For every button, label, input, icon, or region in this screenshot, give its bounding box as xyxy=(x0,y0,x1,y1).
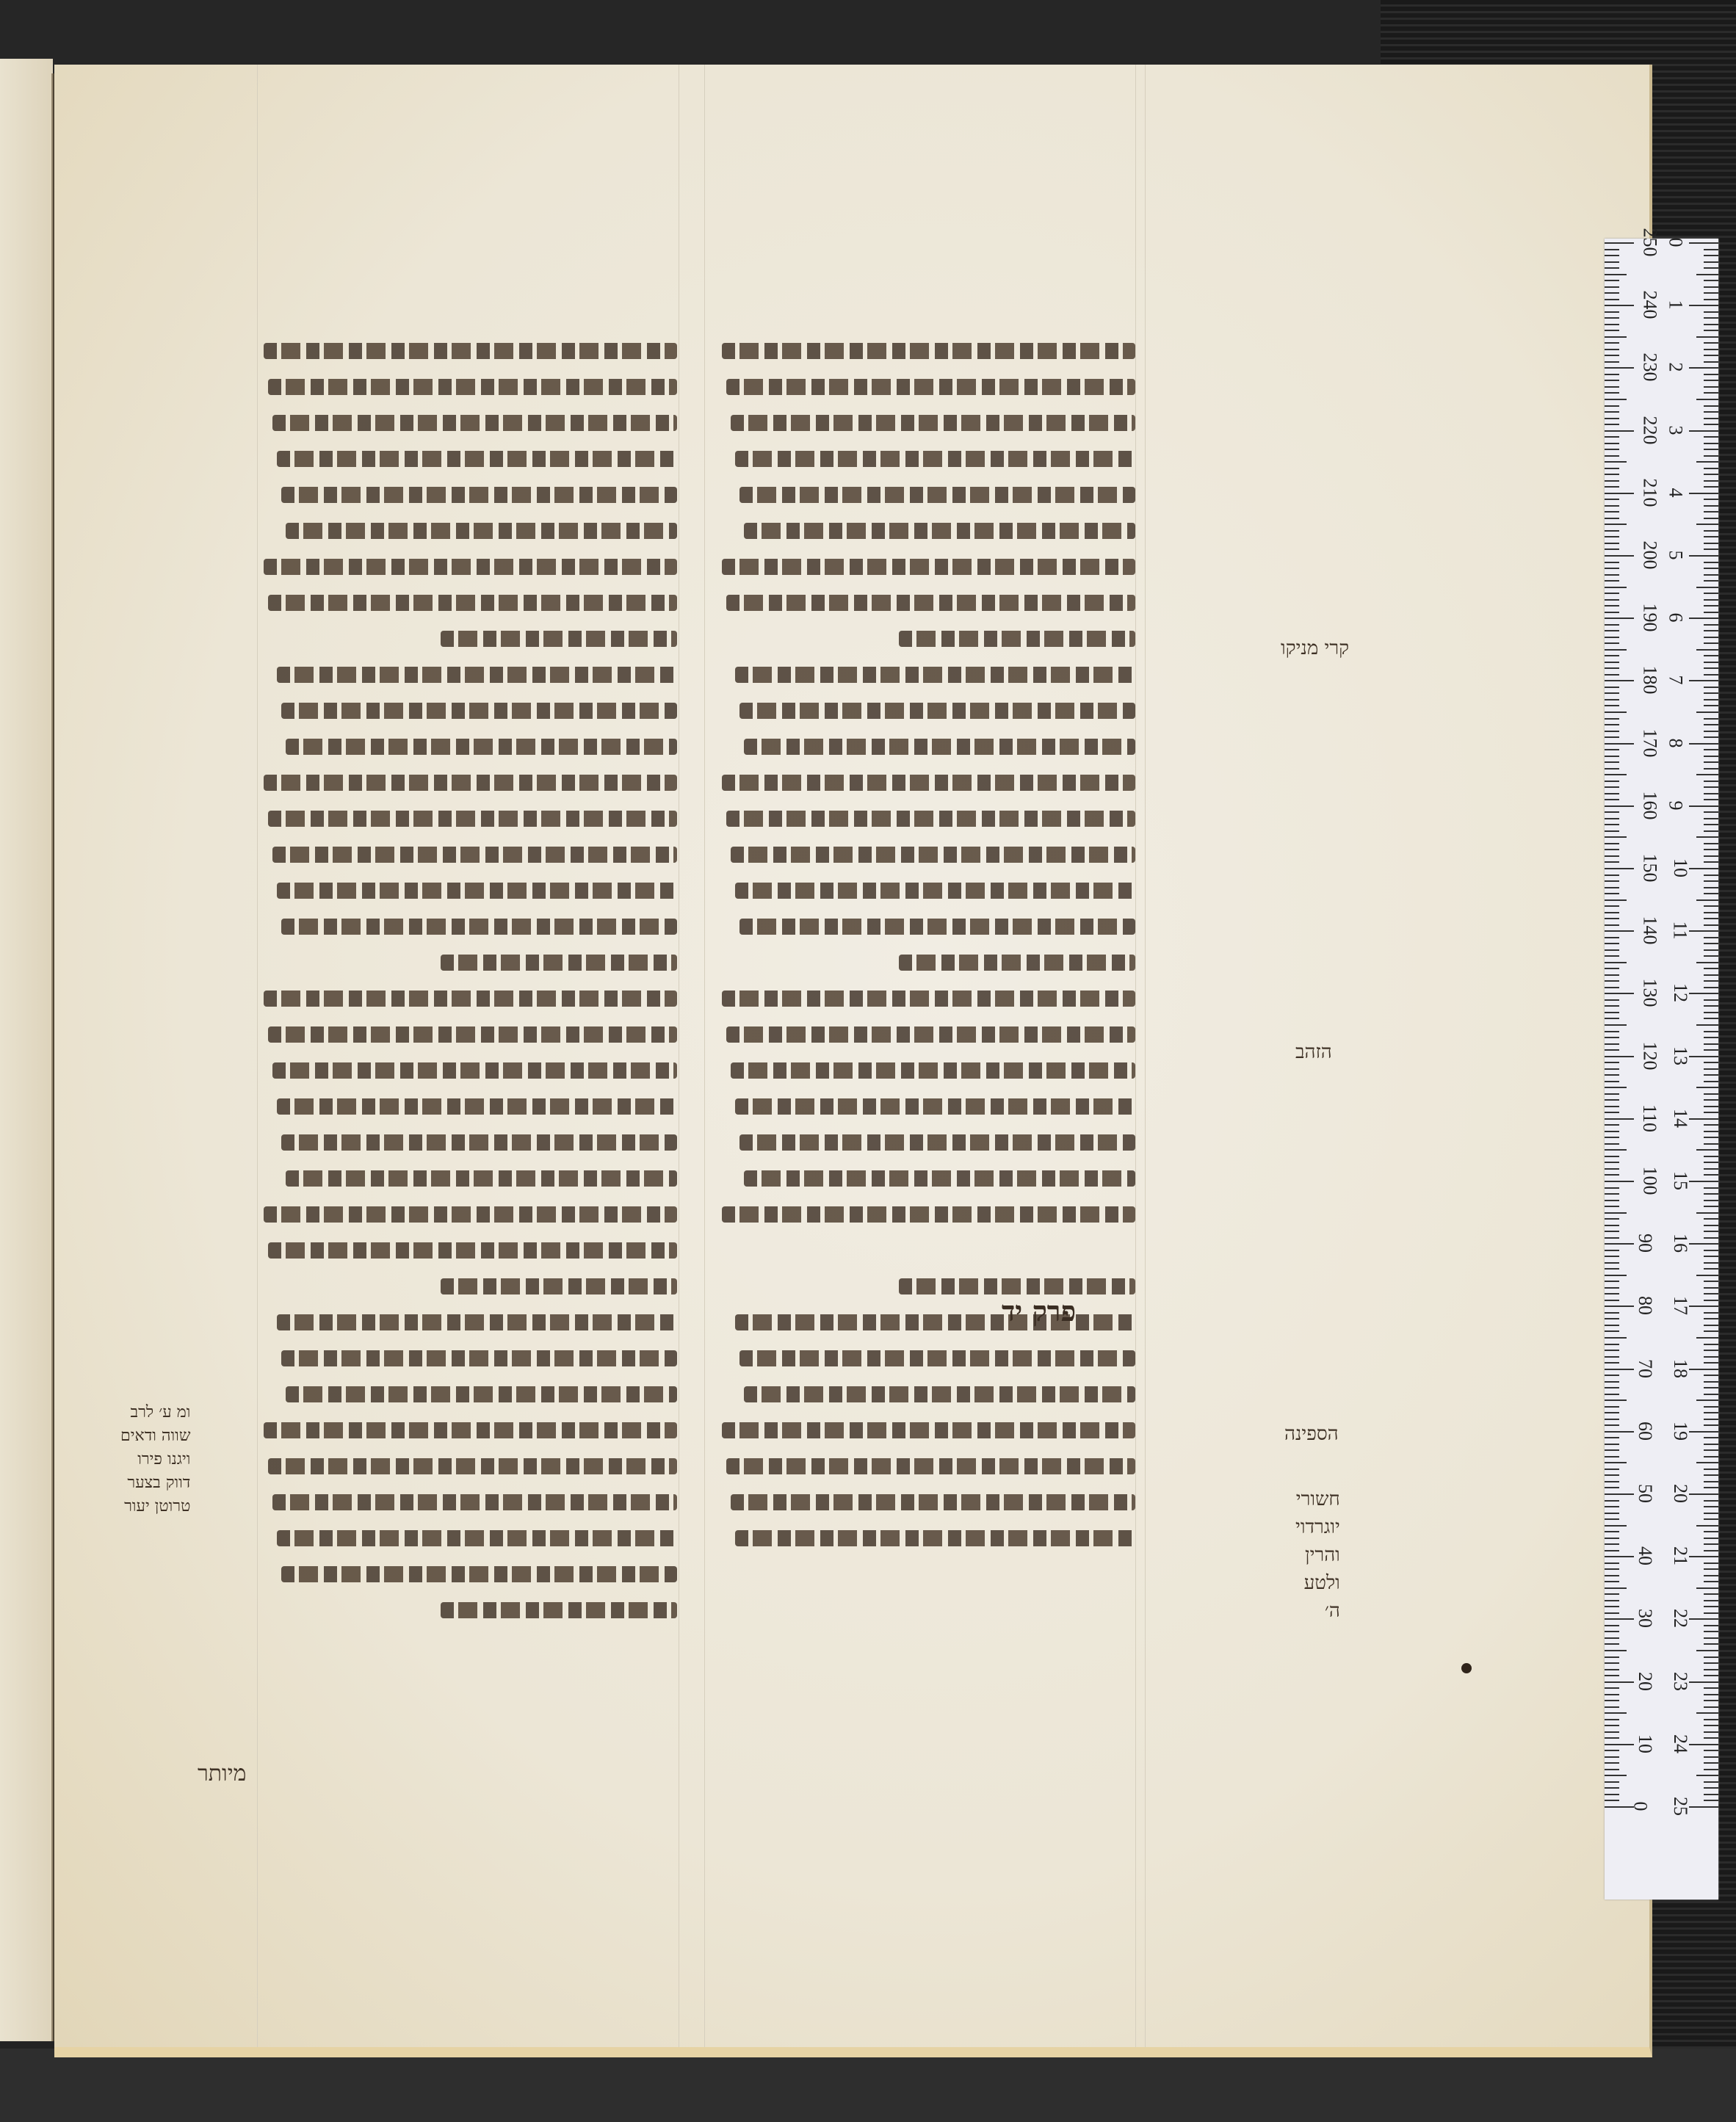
ruler-tick xyxy=(1689,1493,1718,1495)
ruler-tick xyxy=(1696,1712,1718,1714)
ruler-tick xyxy=(1689,367,1718,369)
text-line xyxy=(705,513,1135,548)
ruler-tick xyxy=(1605,1225,1619,1226)
ruler-tick xyxy=(1696,899,1718,901)
handwritten-text xyxy=(731,1062,1135,1079)
ruler-tick xyxy=(1605,474,1619,475)
handwritten-text xyxy=(726,1026,1135,1043)
ruler-tick xyxy=(1696,1087,1718,1088)
handwritten-text xyxy=(281,1350,677,1366)
text-line xyxy=(247,908,677,944)
text-line xyxy=(705,1196,1135,1232)
ruler-tick xyxy=(1689,493,1718,494)
ruler-tick xyxy=(1704,518,1718,519)
ruler-tick xyxy=(1605,1168,1619,1170)
ruler-tick xyxy=(1696,274,1718,275)
handwritten-text xyxy=(281,919,677,935)
handwritten-text xyxy=(264,775,677,791)
ruler-tick xyxy=(1605,874,1619,876)
ruler-cm-label: 7 xyxy=(1665,676,1687,685)
ruler-tick xyxy=(1704,392,1718,394)
ruler-tick xyxy=(1605,1687,1619,1689)
ruler-tick xyxy=(1605,1643,1619,1645)
handwritten-text xyxy=(277,1530,677,1546)
text-line xyxy=(705,1052,1135,1088)
ruler-mm-label: 10 xyxy=(1634,1734,1656,1753)
ruler-tick xyxy=(1605,861,1619,863)
text-line xyxy=(705,405,1135,441)
ruler-tick xyxy=(1605,1381,1619,1383)
ruler-mm-label: 220 xyxy=(1639,416,1661,444)
handwritten-text xyxy=(286,1170,677,1187)
handwritten-text xyxy=(735,451,1135,467)
handwritten-text xyxy=(722,559,1135,575)
ruler-tick xyxy=(1605,1056,1634,1057)
ruler-tick xyxy=(1704,1700,1718,1701)
ruler-tick xyxy=(1605,674,1619,676)
text-line xyxy=(705,333,1135,369)
ruler-tick xyxy=(1704,880,1718,882)
ruler-tick xyxy=(1704,1575,1718,1576)
measurement-ruler: 0123456789101112131415161718192021222324… xyxy=(1605,239,1718,1900)
ruler-tick xyxy=(1704,768,1718,770)
ruler-cm-label: 13 xyxy=(1669,1046,1691,1065)
ruler-tick xyxy=(1605,749,1619,750)
text-line xyxy=(705,1448,1135,1484)
handwritten-text xyxy=(277,451,677,467)
ruler-tick xyxy=(1605,1093,1619,1095)
handwritten-text xyxy=(726,1458,1135,1474)
ruler-tick xyxy=(1605,930,1634,932)
ruler-cm-label: 11 xyxy=(1669,921,1691,940)
ruler-tick xyxy=(1704,1612,1718,1614)
ruler-tick xyxy=(1605,655,1619,656)
ruler-tick xyxy=(1605,593,1619,594)
text-line xyxy=(705,1340,1135,1376)
ruler-mm-label: 50 xyxy=(1634,1484,1656,1503)
ruler-tick xyxy=(1704,455,1718,457)
ruler-tick xyxy=(1605,918,1619,919)
ruler-tick xyxy=(1689,242,1718,244)
ruler-tick xyxy=(1696,711,1718,713)
ruler-cm-label: 19 xyxy=(1669,1422,1691,1441)
ruler-tick xyxy=(1605,380,1619,381)
ruler-tick xyxy=(1605,943,1619,944)
ruler-tick xyxy=(1704,1550,1718,1551)
margin-note: קרי מניקו xyxy=(1281,637,1349,659)
ruler-tick xyxy=(1605,242,1634,244)
text-line xyxy=(247,800,677,836)
ruler-tick xyxy=(1689,305,1718,306)
ruler-tick xyxy=(1704,749,1718,750)
ruler-cm-label: 4 xyxy=(1665,488,1687,497)
ruler-tick xyxy=(1605,1268,1619,1270)
text-line xyxy=(247,1340,677,1376)
ruler-mm-label: 110 xyxy=(1638,1104,1660,1132)
ruler-tick xyxy=(1704,1218,1718,1220)
text-line xyxy=(705,1088,1135,1124)
ruler-tick xyxy=(1696,587,1718,588)
ruler-tick xyxy=(1704,756,1718,757)
ruler-tick xyxy=(1689,618,1718,619)
handwritten-text xyxy=(264,1206,677,1223)
ruler-tick xyxy=(1605,1412,1619,1413)
ruler-tick xyxy=(1605,493,1634,494)
ruler-tick xyxy=(1704,1543,1718,1545)
ruler-tick xyxy=(1704,562,1718,563)
ruler-tick xyxy=(1704,1625,1718,1626)
ruler-tick xyxy=(1605,1018,1619,1019)
ruler-tick xyxy=(1605,1162,1619,1163)
ruler-tick xyxy=(1605,349,1619,350)
ruler-tick xyxy=(1704,781,1718,782)
text-line xyxy=(705,656,1135,692)
ruler-tick xyxy=(1704,249,1718,250)
ruler-tick xyxy=(1605,1118,1634,1120)
handwritten-text xyxy=(722,991,1135,1007)
ruler-tick xyxy=(1696,1587,1718,1589)
ruler-tick xyxy=(1704,1231,1718,1232)
ruler-tick xyxy=(1605,692,1619,694)
ruler-tick xyxy=(1605,1375,1619,1376)
handwritten-text xyxy=(735,1530,1135,1546)
ruler-tick xyxy=(1605,1049,1619,1051)
ruler-tick xyxy=(1605,587,1627,588)
ruler-tick xyxy=(1704,887,1718,888)
text-line xyxy=(247,1412,677,1448)
ruler-tick xyxy=(1704,1656,1718,1658)
ruler-tick xyxy=(1704,474,1718,475)
handwritten-text xyxy=(272,1494,677,1510)
ruler-tick xyxy=(1704,1675,1718,1676)
ruler-tick xyxy=(1704,1800,1718,1801)
ruler-tick xyxy=(1605,1775,1627,1776)
ruler-tick xyxy=(1605,430,1634,432)
ruler-tick xyxy=(1704,1538,1718,1539)
ruler-tick xyxy=(1605,1312,1619,1314)
ruler-tick xyxy=(1605,1675,1619,1676)
ruler-tick xyxy=(1704,280,1718,281)
text-line xyxy=(705,872,1135,908)
ruler-tick xyxy=(1704,612,1718,613)
text-line xyxy=(705,692,1135,728)
ruler-tick xyxy=(1605,736,1619,738)
ruler-tick xyxy=(1605,461,1627,463)
ruler-tick xyxy=(1704,1756,1718,1758)
ruler-tick xyxy=(1605,1350,1619,1351)
ruler-tick xyxy=(1704,637,1718,638)
ruler-cm-label: 17 xyxy=(1669,1296,1691,1315)
ruler-tick xyxy=(1605,436,1619,438)
handwritten-text xyxy=(281,703,677,719)
ruler-tick xyxy=(1704,1287,1718,1289)
text-column-right xyxy=(705,333,1135,1556)
text-line xyxy=(705,1124,1135,1160)
ruler-tick xyxy=(1605,1419,1619,1420)
ruler-tick xyxy=(1704,449,1718,450)
ruler-tick xyxy=(1689,1181,1718,1182)
handwritten-text xyxy=(722,1206,1135,1223)
ruler-tick xyxy=(1605,1769,1619,1770)
ruler-tick xyxy=(1704,674,1718,676)
ruler-tick xyxy=(1696,1650,1718,1651)
ruler-tick xyxy=(1704,299,1718,300)
ruler-tick xyxy=(1704,849,1718,850)
ruler-tick xyxy=(1605,1556,1634,1557)
ruler-tick xyxy=(1605,1431,1634,1433)
ruler-cm-label: 2 xyxy=(1665,363,1687,372)
ruler-tick xyxy=(1704,1606,1718,1607)
ruler-tick xyxy=(1704,918,1718,919)
ruler-cm-label: 23 xyxy=(1669,1672,1691,1691)
text-line xyxy=(247,836,677,872)
ruler-tick xyxy=(1605,562,1619,563)
ruler-tick xyxy=(1605,880,1619,882)
ruler-tick xyxy=(1605,1369,1634,1370)
ruler-cm-label: 14 xyxy=(1669,1109,1691,1128)
handwritten-text xyxy=(281,487,677,503)
ruler-tick xyxy=(1605,1356,1619,1358)
text-line xyxy=(247,1304,677,1340)
text-column-left xyxy=(247,333,677,1628)
ruler-tick xyxy=(1704,731,1718,732)
ruler-cm-label: 25 xyxy=(1669,1797,1691,1816)
ruler-tick xyxy=(1704,1568,1718,1570)
ruler-tick xyxy=(1605,324,1619,325)
ruler-mm-label: 120 xyxy=(1639,1041,1661,1070)
ruler-tick xyxy=(1704,1325,1718,1326)
handwritten-text xyxy=(735,667,1135,683)
ruler-cm-label: 8 xyxy=(1665,738,1687,747)
margin-note-list-left: ומ ע׳ לרב שווה ודאים ויגנו פירו דווק בצע… xyxy=(120,1401,190,1518)
ruler-tick xyxy=(1704,1781,1718,1783)
ruler-tick xyxy=(1704,687,1718,688)
ruler-tick xyxy=(1605,980,1619,982)
text-line xyxy=(247,1052,677,1088)
handwritten-text xyxy=(722,343,1135,359)
ruler-cm-label: 3 xyxy=(1665,425,1687,435)
ruler-cm-label: 20 xyxy=(1669,1484,1691,1503)
ruler-tick xyxy=(1605,987,1619,988)
ruler-tick xyxy=(1704,1137,1718,1138)
ruler-tick xyxy=(1605,687,1619,688)
ruler-tick xyxy=(1704,1643,1718,1645)
ruler-tick xyxy=(1605,1231,1619,1232)
ruler-tick xyxy=(1605,1656,1619,1658)
ruler-tick xyxy=(1605,1662,1619,1664)
ruler-tick xyxy=(1605,1068,1619,1070)
ruler-tick xyxy=(1689,1056,1718,1057)
ruler-tick xyxy=(1696,524,1718,525)
ruler-tick xyxy=(1605,1131,1619,1132)
ruler-tick xyxy=(1704,874,1718,876)
ruler-tick xyxy=(1704,1225,1718,1226)
ruler-tick xyxy=(1605,499,1619,500)
ruler-tick xyxy=(1704,292,1718,294)
handwritten-text xyxy=(272,847,677,863)
ruler-tick xyxy=(1696,1399,1718,1401)
ruler-tick xyxy=(1704,924,1718,926)
handwritten-text xyxy=(272,415,677,431)
ruler-tick xyxy=(1704,374,1718,375)
handwritten-text xyxy=(726,811,1135,827)
handwritten-text xyxy=(268,595,677,611)
ruler-tick xyxy=(1605,699,1619,700)
ruler-mm-label: 90 xyxy=(1634,1234,1656,1253)
ruler-cm-label: 12 xyxy=(1669,983,1691,1002)
ruler-tick xyxy=(1605,1218,1619,1220)
ruler-mm-label: 250 xyxy=(1639,228,1661,257)
text-line xyxy=(705,800,1135,836)
ruler-tick xyxy=(1704,861,1718,863)
ruler-tick xyxy=(1605,924,1619,926)
handwritten-text xyxy=(268,1242,677,1259)
text-line xyxy=(705,728,1135,764)
ruler-tick xyxy=(1605,480,1619,482)
handwritten-text xyxy=(899,1278,1135,1294)
chapter-heading: פרק יד xyxy=(1002,1294,1076,1328)
ruler-tick xyxy=(1704,1381,1718,1383)
handwritten-text xyxy=(277,1314,677,1330)
ruler-tick xyxy=(1605,1406,1619,1408)
ruler-tick xyxy=(1605,1637,1619,1639)
ruler-cm-label: 21 xyxy=(1669,1546,1691,1565)
ruler-tick xyxy=(1605,637,1619,638)
text-line xyxy=(247,692,677,728)
handwritten-text xyxy=(264,559,677,575)
ruler-tick xyxy=(1704,905,1718,907)
ruler-tick xyxy=(1704,1362,1718,1364)
ruler-tick xyxy=(1696,649,1718,651)
ruler-tick xyxy=(1605,1043,1619,1045)
handwritten-text xyxy=(739,1350,1135,1366)
ruler-tick xyxy=(1605,1800,1619,1801)
ruler-tick xyxy=(1605,1562,1619,1564)
ruler-mm-label: 240 xyxy=(1639,291,1661,319)
ruler-tick xyxy=(1605,261,1619,263)
handwritten-text xyxy=(731,847,1135,863)
ruler-tick xyxy=(1704,286,1718,288)
text-line xyxy=(705,477,1135,513)
ruler-tick xyxy=(1605,912,1619,913)
ruler-tick xyxy=(1605,1462,1627,1463)
ruler-tick xyxy=(1704,1631,1718,1632)
ruler-tick xyxy=(1689,1681,1718,1683)
text-line xyxy=(705,1520,1135,1556)
ruler-tick xyxy=(1704,1068,1718,1070)
ruler-tick xyxy=(1704,267,1718,269)
ruler-tick xyxy=(1704,1256,1718,1257)
ruler-tick xyxy=(1605,1099,1619,1101)
ruler-tick xyxy=(1605,1550,1619,1551)
ruler-tick xyxy=(1605,292,1619,294)
text-line xyxy=(705,836,1135,872)
ruler-tick xyxy=(1605,667,1619,669)
ruler-tick xyxy=(1605,1625,1619,1626)
ruler-tick xyxy=(1605,336,1627,338)
ruler-tick xyxy=(1605,524,1627,525)
ruler-cm-label: 5 xyxy=(1665,551,1687,560)
ruler-tick xyxy=(1704,1456,1718,1457)
ruler-tick xyxy=(1605,868,1634,869)
ruler-mm-label: 190 xyxy=(1639,604,1661,632)
ruler-tick xyxy=(1704,511,1718,513)
ruler-tick xyxy=(1704,736,1718,738)
handwritten-text xyxy=(264,343,677,359)
ruler-mm-label: 230 xyxy=(1639,353,1661,382)
ruler-tick xyxy=(1605,1424,1619,1426)
ruler-tick xyxy=(1605,743,1634,745)
ruler-tick xyxy=(1704,1725,1718,1726)
ruler-tick xyxy=(1605,1281,1619,1282)
ruler-tick xyxy=(1704,342,1718,344)
ruler-tick xyxy=(1704,355,1718,356)
ruler-tick xyxy=(1605,568,1619,569)
manuscript-folio: פרק יד קרי מניקו הזהב הספינה חשורי יוגרד… xyxy=(54,65,1652,2057)
text-line xyxy=(705,908,1135,944)
ruler-tick xyxy=(1605,649,1627,651)
ruler-tick xyxy=(1605,1487,1619,1488)
text-line xyxy=(705,1232,1135,1268)
ruler-tick xyxy=(1605,1481,1619,1482)
ruler-tick xyxy=(1704,1437,1718,1438)
ruler-tick xyxy=(1696,774,1718,775)
ruler-tick xyxy=(1605,937,1619,938)
ruler-tick xyxy=(1605,1600,1619,1601)
handwritten-text xyxy=(899,955,1135,971)
ruler-tick xyxy=(1605,1456,1619,1457)
ruler-tick xyxy=(1605,605,1619,606)
ruler-tick xyxy=(1704,1300,1718,1301)
handwritten-text xyxy=(281,1134,677,1151)
ruler-tick xyxy=(1605,711,1627,713)
handwritten-text xyxy=(277,883,677,899)
ruler-tick xyxy=(1605,1074,1619,1076)
ruler-tick xyxy=(1704,1037,1718,1038)
ruler-tick xyxy=(1704,718,1718,720)
ruler-tick xyxy=(1704,793,1718,794)
ruler-tick xyxy=(1704,1637,1718,1639)
ruler-tick xyxy=(1605,330,1619,331)
text-line xyxy=(705,980,1135,1016)
ruler-tick xyxy=(1605,411,1619,413)
ruler-tick xyxy=(1689,1118,1718,1120)
ruler-tick xyxy=(1704,1737,1718,1739)
text-line xyxy=(247,1016,677,1052)
ruler-tick xyxy=(1605,424,1619,425)
ruler-tick xyxy=(1605,974,1619,976)
ruler-tick xyxy=(1605,968,1619,969)
handwritten-text xyxy=(277,1098,677,1115)
ruler-tick xyxy=(1704,893,1718,894)
text-line xyxy=(247,1520,677,1556)
ruler-tick xyxy=(1605,317,1619,319)
catchword: מיותר xyxy=(198,1761,246,1786)
ruler-tick xyxy=(1605,399,1627,400)
facing-page-edge xyxy=(0,59,53,2041)
ruler-tick xyxy=(1704,968,1718,969)
ruler-tick xyxy=(1605,618,1634,619)
ruler-tick xyxy=(1704,361,1718,363)
ruler-tick xyxy=(1689,1306,1718,1307)
ruler-tick xyxy=(1605,1181,1634,1182)
ruler-tick xyxy=(1704,1112,1718,1113)
ruler-tick xyxy=(1605,768,1619,770)
ruler-tick xyxy=(1605,705,1619,706)
ruler-tick xyxy=(1605,361,1619,363)
ruler-tick xyxy=(1704,1200,1718,1201)
ruler-tick xyxy=(1704,543,1718,544)
